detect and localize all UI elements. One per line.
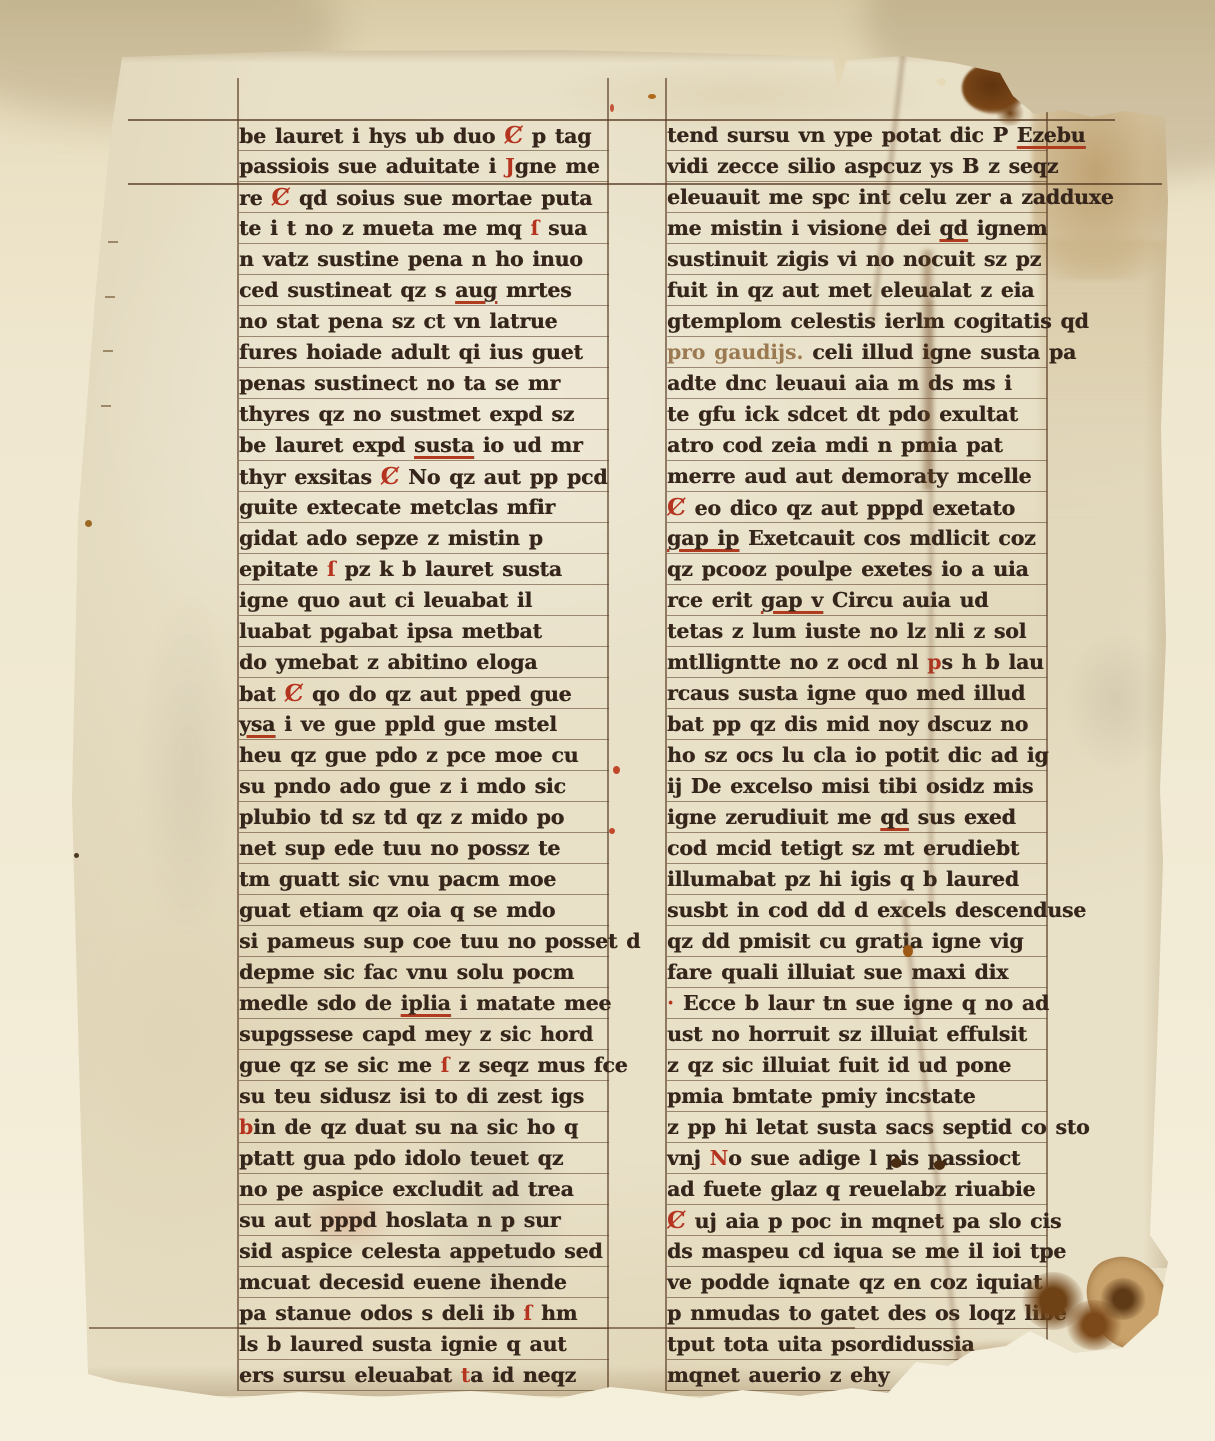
ink-text: atro cod zeia mdi n pmia pat [667, 433, 1003, 457]
ink-text: z pp hi letat susta sacs septid co sto [667, 1115, 1089, 1139]
text-line-right-7: gtemplom celestis ierlm cogitatis qd [667, 306, 1047, 337]
stain-bottom-right-dark-3 [1100, 1278, 1146, 1320]
ink-text: ij De excelso misi tibi osidz mis [667, 774, 1033, 798]
ink-text: pz k b lauret susta [336, 557, 562, 581]
ink-text: te i t no z mueta me mq [239, 216, 530, 240]
text-line-right-39: p nmudas to gatet des os loqz libe [667, 1298, 1047, 1329]
ink-text: ptatt gua pdo idolo teuet qz [239, 1146, 563, 1170]
ink-text: tend sursu vn ype potat dic P [667, 123, 1017, 147]
ink-text: sustinuit zigis vi no nocuit sz pz [667, 247, 1041, 271]
ink-text: z seqz mus fce [449, 1053, 627, 1077]
ink-text: su teu sidusz isi to di zest igs [239, 1084, 584, 1108]
text-line-left-1: be lauret i hys ub duo Ȼ p tag [239, 120, 609, 151]
ink-text: gue qz se sic me [239, 1053, 441, 1077]
text-line-left-14: gidat ado sepze z mistin p [239, 523, 609, 554]
text-line-right-35: ad fuete glaz q reuelabz riuabie [667, 1174, 1047, 1205]
ink-text: No qz aut pp pcd [399, 465, 607, 489]
text-line-left-33: bin de qz duat su na sic ho q [239, 1112, 609, 1143]
ink-text: qz dd pmisit cu gratia igne vig [667, 929, 1023, 953]
text-line-right-29: · Ecce b laur tn sue igne q no ad [667, 988, 1047, 1019]
sewing-notch-1 [108, 241, 118, 243]
parchment-leaf: be lauret i hys ub duo Ȼ p tagpassiois s… [0, 0, 1215, 1441]
text-column-right: tend sursu vn ype potat dic P Ezebuvidi … [667, 120, 1047, 1391]
text-line-left-25: tm guatt sic vnu pacm moe [239, 864, 609, 895]
ink-text: fuit in qz aut met eleualat z eia [667, 278, 1034, 302]
text-line-right-1: tend sursu vn ype potat dic P Ezebu [667, 120, 1047, 151]
ink-text: thyres qz no sustmet expd sz [239, 402, 574, 426]
ink-text: pa stanue odos s deli ib [239, 1301, 523, 1325]
ink-text: su pndo ado gue z i mdo sic [239, 774, 566, 798]
rubric-mark: Ȼ [381, 462, 400, 490]
text-line-left-6: ced sustineat qz s aug mrtes [239, 275, 609, 306]
ink-text: mtlligntte no z ocd nl [667, 650, 927, 674]
ink-text: io ud mr [474, 433, 583, 457]
text-line-left-12: thyr exsitas Ȼ No qz aut pp pcd [239, 461, 609, 492]
ink-text: celi illud igne susta pa [803, 340, 1076, 364]
orange-speck-right-column [903, 945, 913, 957]
text-line-left-13: guite extecate metclas mfir [239, 492, 609, 523]
wormhole-dot-1 [891, 1158, 902, 1168]
ink-text: medle sdo de [239, 991, 401, 1015]
ink-text: qz pcooz poulpe exetes io a uia [667, 557, 1029, 581]
ink-text: epitate [239, 557, 327, 581]
text-line-left-21: heu qz gue pdo z pce moe cu [239, 740, 609, 771]
rubric-mark: ſ [530, 216, 539, 240]
text-line-right-25: illumabat pz hi igis q b laured [667, 864, 1047, 895]
ink-text: guite extecate metclas mfir [239, 495, 555, 519]
text-line-right-2: vidi zecce silio aspcuz ys B z seqz [667, 151, 1047, 182]
ink-text: bat pp qz dis mid noy dscuz no [667, 712, 1028, 736]
ink-text: si pameus sup coe tuu no posset d [239, 929, 640, 953]
text-line-right-10: te gfu ick sdcet dt pdo exultat [667, 399, 1047, 430]
text-line-left-34: ptatt gua pdo idolo teuet qz [239, 1143, 609, 1174]
sewing-notch-3 [103, 350, 113, 352]
text-line-right-5: sustinuit zigis vi no nocuit sz pz [667, 244, 1047, 275]
red-underlined-text: iplia [401, 991, 451, 1015]
ink-text: net sup ede tuu no possz te [239, 836, 560, 860]
rubric-mark: ſ [523, 1301, 532, 1325]
text-line-left-31: gue qz se sic me ſ z seqz mus fce [239, 1050, 609, 1081]
ink-text: Circu auia ud [823, 588, 988, 612]
ink-text: mrtes [497, 278, 571, 302]
text-line-left-36: su aut pppd hoslata n p sur [239, 1205, 609, 1236]
text-line-right-32: pmia bmtate pmiy incstate [667, 1081, 1047, 1112]
ghost-gray-offset-right-margin [1066, 630, 1166, 770]
text-line-left-9: penas sustinect no ta se mr [239, 368, 609, 399]
faded-ink-text: pro gaudijs. [667, 340, 803, 364]
text-line-right-19: rcaus susta igne quo med illud [667, 678, 1047, 709]
text-line-left-18: do ymebat z abitino eloga [239, 647, 609, 678]
text-line-right-37: ds maspeu cd iqua se me il ioi tpe [667, 1236, 1047, 1267]
ink-text: fare quali illuiat sue maxi dix [667, 960, 1008, 984]
text-line-left-40: ls b laured susta ignie q aut [239, 1329, 609, 1360]
ink-text: me mistin i visione dei [667, 216, 939, 240]
leaf-edge-shade-left [15, 48, 94, 1388]
rubric-mark: Ȼ [667, 493, 686, 521]
text-line-left-23: plubio td sz td qz z mido po [239, 802, 609, 833]
text-line-left-8: fures hoiade adult qi ius guet [239, 337, 609, 368]
text-line-left-38: mcuat decesid euene ihende [239, 1267, 609, 1298]
rubric-mark: ſ [327, 557, 336, 581]
ink-text: ve podde iqnate qz en coz iquiat [667, 1270, 1042, 1294]
text-line-right-18: mtlligntte no z ocd nl ps h b lau [667, 647, 1047, 678]
ink-text: te gfu ick sdcet dt pdo exultat [667, 402, 1018, 426]
ink-text: supgssese capd mey z sic hord [239, 1022, 593, 1046]
ink-text: igne zerudiuit me [667, 805, 880, 829]
text-line-right-36: Ȼ uj aia p poc in mqnet pa slo cis [667, 1205, 1047, 1236]
red-speck-top [610, 104, 614, 112]
ink-text: illumabat pz hi igis q b laured [667, 867, 1019, 891]
text-line-right-17: tetas z lum iuste no lz nli z sol [667, 616, 1047, 647]
text-line-left-20: ysa i ve gue ppld gue mstel [239, 709, 609, 740]
dark-speck-margin [74, 853, 79, 858]
ink-text: mcuat decesid euene ihende [239, 1270, 567, 1294]
ink-text: p tag [523, 124, 592, 148]
text-line-right-31: z qz sic illuiat fuit id ud pone [667, 1050, 1047, 1081]
text-line-right-6: fuit in qz aut met eleualat z eia [667, 275, 1047, 306]
ink-text: susbt in cod dd d excels descenduse [667, 898, 1086, 922]
rubric-mark: · [667, 991, 674, 1015]
ink-text: eo dico qz aut pppd exetato [686, 496, 1015, 520]
ink-text: be lauret expd [239, 433, 414, 457]
ink-text: heu qz gue pdo z pce moe cu [239, 743, 578, 767]
ink-text: in de qz duat su na sic ho q [253, 1115, 578, 1139]
text-line-left-26: guat etiam qz oia q se mdo [239, 895, 609, 926]
ink-text: rce erit [667, 588, 761, 612]
rubric-mark: ſ [441, 1053, 450, 1077]
text-line-left-19: bat Ȼ qo do qz aut pped gue [239, 678, 609, 709]
text-line-right-16: rce erit gap v Circu auia ud [667, 585, 1047, 616]
ink-text: Ecce b laur tn sue igne q no ad [674, 991, 1049, 1015]
rubric-mark: Ȼ [667, 1206, 686, 1234]
text-line-right-28: fare quali illuiat sue maxi dix [667, 957, 1047, 988]
text-line-left-27: si pameus sup coe tuu no posset d [239, 926, 609, 957]
red-underlined-text: qd [939, 216, 967, 240]
brown-speck-margin [85, 520, 92, 527]
ink-text: plubio td sz td qz z mido po [239, 805, 564, 829]
ink-text: thyr exsitas [239, 465, 381, 489]
ink-text: s h b lau [941, 650, 1043, 674]
ink-text: merre aud aut demoraty mcelle [667, 464, 1031, 488]
ink-text: i matate mee [451, 991, 612, 1015]
red-underlined-text: ysa [239, 712, 275, 736]
rubric-mark: Ȼ [284, 679, 303, 707]
ink-text: tput tota uita psordidussia [667, 1332, 974, 1356]
ink-text: luabat pgabat ipsa metbat [239, 619, 542, 643]
red-underlined-text: Ezebu [1017, 123, 1086, 147]
text-line-left-11: be lauret expd susta io ud mr [239, 430, 609, 461]
ink-text: guat etiam qz oia q se mdo [239, 898, 555, 922]
text-line-right-11: atro cod zeia mdi n pmia pat [667, 430, 1047, 461]
rubric-mark: J [505, 154, 515, 178]
ink-text: igne quo aut ci leuabat il [239, 588, 532, 612]
ink-text: i ve gue ppld gue mstel [275, 712, 557, 736]
text-line-left-39: pa stanue odos s deli ib ſ hm [239, 1298, 609, 1329]
ink-text: ignem [968, 216, 1048, 240]
text-line-right-38: ve podde iqnate qz en coz iquiat [667, 1267, 1047, 1298]
manuscript-photo: be lauret i hys ub duo Ȼ p tagpassiois s… [0, 0, 1215, 1441]
text-line-left-37: sid aspice celesta appetudo sed [239, 1236, 609, 1267]
text-line-left-3: re Ȼ qd soius sue mortae puta [239, 182, 609, 213]
ink-text: do ymebat z abitino eloga [239, 650, 537, 674]
text-line-right-8: pro gaudijs. celi illud igne susta pa [667, 337, 1047, 368]
ink-text: ds maspeu cd iqua se me il ioi tpe [667, 1239, 1066, 1263]
text-line-right-13: Ȼ eo dico qz aut pppd exetato [667, 492, 1047, 523]
text-line-right-20: bat pp qz dis mid noy dscuz no [667, 709, 1047, 740]
ink-text: tetas z lum iuste no lz nli z sol [667, 619, 1026, 643]
text-line-left-22: su pndo ado gue z i mdo sic [239, 771, 609, 802]
text-line-left-16: igne quo aut ci leuabat il [239, 585, 609, 616]
text-line-right-4: me mistin i visione dei qd ignem [667, 213, 1047, 244]
text-line-left-4: te i t no z mueta me mq ſ sua [239, 213, 609, 244]
stain-bottom-tear-edge [940, 1340, 1060, 1370]
sewing-notch-2 [105, 296, 115, 298]
ink-text: ers sursu eleuabat [239, 1363, 461, 1387]
ink-text: gne me [515, 154, 600, 178]
ink-text: ad fuete glaz q reuelabz riuabie [667, 1177, 1035, 1201]
stain-right-tan-wash [1040, 240, 1170, 640]
text-line-right-34: vnj No sue adige l pis passioct [667, 1143, 1047, 1174]
text-line-right-41: mqnet auerio z ehy [667, 1360, 1047, 1391]
text-line-left-24: net sup ede tuu no possz te [239, 833, 609, 864]
ink-text: ho sz ocs lu cla io potit dic ad ig [667, 743, 1048, 767]
ink-text: rcaus susta igne quo med illud [667, 681, 1025, 705]
text-column-left: be lauret i hys ub duo Ȼ p tagpassiois s… [239, 120, 609, 1391]
text-line-right-33: z pp hi letat susta sacs septid co sto [667, 1112, 1047, 1143]
text-line-right-24: cod mcid tetigt sz mt erudiebt [667, 833, 1047, 864]
ink-text: ls b laured susta ignie q aut [239, 1332, 566, 1356]
text-line-left-17: luabat pgabat ipsa metbat [239, 616, 609, 647]
text-line-right-15: qz pcooz poulpe exetes io a uia [667, 554, 1047, 585]
ink-text: z qz sic illuiat fuit id ud pone [667, 1053, 1011, 1077]
crease-stain-smudge [920, 250, 935, 490]
ink-text: mqnet auerio z ehy [667, 1363, 889, 1387]
parchment-hole [937, 78, 946, 86]
text-line-right-12: merre aud aut demoraty mcelle [667, 461, 1047, 492]
text-line-right-14: gap ip Exetcauit cos mdlicit coz [667, 523, 1047, 554]
ink-text: penas sustinect no ta se mr [239, 371, 560, 395]
wormhole-dot-2 [934, 1160, 945, 1170]
ink-text: ced sustineat qz s [239, 278, 455, 302]
red-underlined-text: susta [414, 433, 474, 457]
ink-text: depme sic fac vnu solu pocm [239, 960, 574, 984]
sewing-notch-4 [101, 405, 111, 407]
ink-text: a id neqz [470, 1363, 576, 1387]
red-speck-left-margin-rule [609, 828, 615, 834]
ink-text: su aut pppd hoslata n p sur [239, 1208, 560, 1232]
text-line-left-41: ers sursu eleuabat ta id neqz [239, 1360, 609, 1391]
ink-text: sua [539, 216, 587, 240]
text-line-left-2: passiois sue aduitate i Jgne me [239, 151, 609, 182]
ink-text: vnj [667, 1146, 710, 1170]
red-underlined-text: gap v [761, 588, 823, 612]
ink-text: qd soius sue mortae puta [290, 186, 592, 210]
ink-text: tm guatt sic vnu pacm moe [239, 867, 556, 891]
text-line-right-23: igne zerudiuit me qd sus exed [667, 802, 1047, 833]
ink-text: qo do qz aut pped gue [303, 682, 571, 706]
rubric-mark: Ȼ [504, 121, 523, 149]
stain-top-right-dark-drip [995, 100, 1025, 126]
text-line-left-30: supgssese capd mey z sic hord [239, 1019, 609, 1050]
ink-text: re [239, 186, 271, 210]
red-underlined-text: gap ip [667, 526, 739, 550]
ink-text: sus exed [909, 805, 1016, 829]
rubric-mark: Ȼ [271, 183, 290, 211]
text-line-left-32: su teu sidusz isi to di zest igs [239, 1081, 609, 1112]
ink-text: o sue adige l pis passioct [728, 1146, 1020, 1170]
ink-text: cod mcid tetigt sz mt erudiebt [667, 836, 1019, 860]
ink-text: ust no horruit sz illuiat effulsit [667, 1022, 1027, 1046]
text-line-left-28: depme sic fac vnu solu pocm [239, 957, 609, 988]
ink-text: passiois sue aduitate i [239, 154, 505, 178]
text-line-left-5: n vatz sustine pena n ho inuo [239, 244, 609, 275]
ink-text: no pe aspice excludit ad trea [239, 1177, 574, 1201]
red-speck-gutter [613, 766, 620, 774]
text-line-left-15: epitate ſ pz k b lauret susta [239, 554, 609, 585]
text-line-right-9: adte dnc leuaui aia m ds ms i [667, 368, 1047, 399]
text-line-right-22: ij De excelso misi tibi osidz mis [667, 771, 1047, 802]
red-underlined-text: qd [880, 805, 908, 829]
ink-text: no stat pena sz ct vn latrue [239, 309, 557, 333]
text-line-right-3: eleuauit me spc int celu zer a zadduxe [667, 182, 1047, 213]
text-line-right-26: susbt in cod dd d excels descenduse [667, 895, 1047, 926]
rubric-mark: t [461, 1363, 470, 1387]
ink-text: be lauret i hys ub duo [239, 124, 504, 148]
ink-text: gidat ado sepze z mistin p [239, 526, 543, 550]
ink-text: adte dnc leuaui aia m ds ms i [667, 371, 1012, 395]
ink-text: n vatz sustine pena n ho inuo [239, 247, 583, 271]
rubric-mark: b [239, 1115, 253, 1139]
rubric-mark: N [710, 1146, 729, 1170]
text-line-left-29: medle sdo de iplia i matate mee [239, 988, 609, 1019]
ink-text: uj aia p poc in mqnet pa slo cis [686, 1209, 1062, 1233]
text-line-left-7: no stat pena sz ct vn latrue [239, 306, 609, 337]
orange-speck-top [648, 94, 656, 99]
ink-text: p nmudas to gatet des os loqz libe [667, 1301, 1066, 1325]
ink-text: vidi zecce silio aspcuz ys B z seqz [667, 154, 1058, 178]
text-line-left-10: thyres qz no sustmet expd sz [239, 399, 609, 430]
text-line-right-27: qz dd pmisit cu gratia igne vig [667, 926, 1047, 957]
ink-text: fures hoiade adult qi ius guet [239, 340, 583, 364]
red-underlined-text: aug [455, 278, 497, 302]
ink-text: bat [239, 682, 284, 706]
ink-text: Exetcauit cos mdlicit coz [739, 526, 1035, 550]
ghost-gray-offset-left-margin [140, 600, 235, 930]
ink-text: hm [532, 1301, 577, 1325]
text-line-right-21: ho sz ocs lu cla io potit dic ad ig [667, 740, 1047, 771]
ink-text: sid aspice celesta appetudo sed [239, 1239, 602, 1263]
text-line-left-35: no pe aspice excludit ad trea [239, 1174, 609, 1205]
text-line-right-30: ust no horruit sz illuiat effulsit [667, 1019, 1047, 1050]
